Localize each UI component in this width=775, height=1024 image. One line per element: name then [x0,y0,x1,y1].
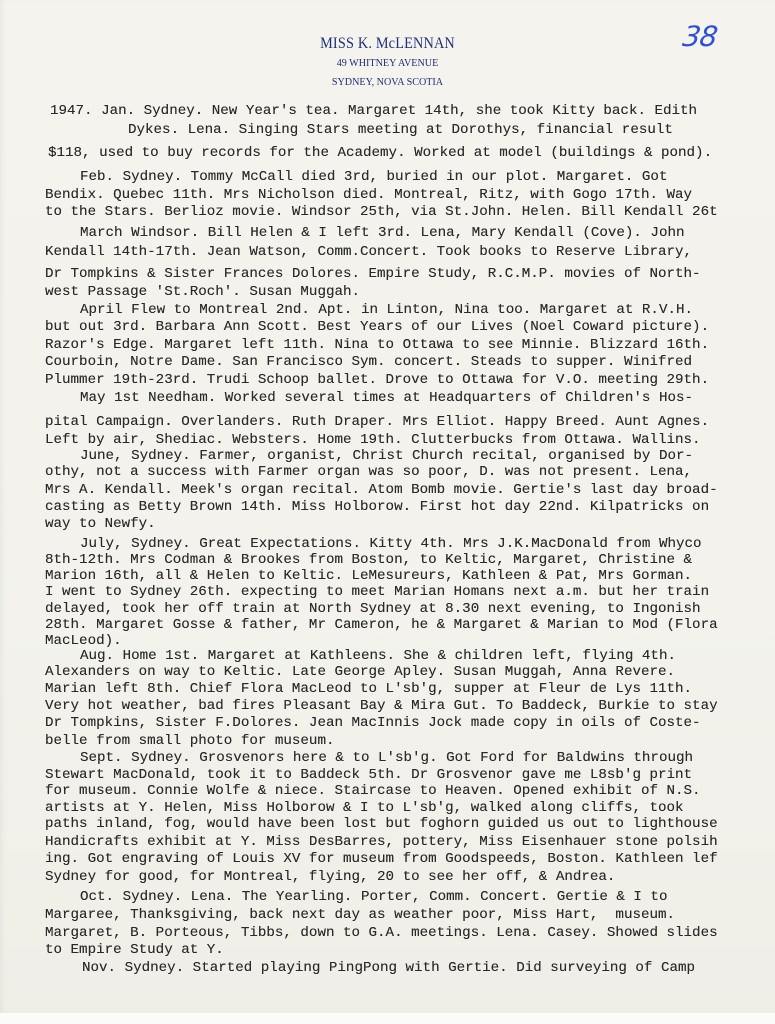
diary-line: belle from small photo for museum. [45,733,334,749]
diary-line: Sydney for good, for Montreal, flying, 2… [45,869,615,885]
diary-line: April Flew to Montreal 2nd. Apt. in Lint… [80,302,693,318]
diary-line: Alexanders on way to Keltic. Late George… [45,664,675,680]
diary-line: west Passage 'St.Roch'. Susan Muggah. [45,284,360,300]
diary-line: $118, used to buy records for the Academ… [48,145,712,161]
diary-line: Sept. Sydney. Grosvenors here & to L'sb'… [80,750,693,766]
diary-line: artists at Y. Helen, Miss Holborow & I t… [45,800,684,816]
diary-line: way to Newfy. [45,516,156,532]
diary-line: to Empire Study at Y. [45,942,224,958]
diary-line: Dr Tompkins & Sister Frances Dolores. Em… [45,266,701,282]
diary-line: Marian left 8th. Chief Flora MacLeod to … [45,681,692,697]
diary-line: 1947. Jan. Sydney. New Year's tea. Marga… [50,103,697,119]
diary-line: Aug. Home 1st. Margaret at Kathleens. Sh… [80,648,676,664]
diary-line: 8th-12th. Mrs Codman & Brookes from Bost… [45,552,692,568]
page-bottom-margin [0,1013,775,1024]
diary-line: for museum. Connie Wolfe & niece. Stairc… [45,783,701,799]
diary-line: Razor's Edge. Margaret left 11th. Nina t… [45,337,709,353]
diary-line: June, Sydney. Farmer, organist, Christ C… [80,448,693,464]
typewritten-diary-text: 1947. Jan. Sydney. New Year's tea. Marga… [0,0,775,1013]
diary-line: Mrs A. Kendall. Meek's organ recital. At… [45,482,718,498]
diary-line: but out 3rd. Barbara Ann Scott. Best Yea… [45,319,709,335]
diary-line: 28th. Margaret Gosse & father, Mr Camero… [45,617,718,633]
diary-line: Margaree, Thanksgiving, back next day as… [45,907,675,923]
diary-line: Plummer 19th-23rd. Trudi Schoop ballet. … [45,372,709,388]
diary-line: Courboin, Notre Dame. San Francisco Sym.… [45,354,692,370]
diary-line: Marion 16th, all & Helen to Keltic. LeMe… [45,568,692,584]
diary-line: Oct. Sydney. Lena. The Yearling. Porter,… [80,889,667,905]
diary-line: Kendall 14th-17th. Jean Watson, Comm.Con… [45,244,692,260]
diary-line: Bendix. Quebec 11th. Mrs Nicholson died.… [45,187,692,203]
diary-line: I went to Sydney 26th. expecting to meet… [45,584,709,600]
diary-line: Nov. Sydney. Started playing PingPong wi… [82,960,695,976]
diary-line: March Windsor. Bill Helen & I left 3rd. … [80,225,685,241]
diary-line: paths inland, fog, would have been lost … [45,816,718,832]
diary-line: delayed, took her off train at North Syd… [45,601,701,617]
diary-line: Stewart MacDonald, took it to Baddeck 5t… [45,767,692,783]
diary-line: Dr Tompkins, Sister F.Dolores. Jean MacI… [45,715,701,731]
diary-line: Margaret, B. Porteous, Tibbs, down to G.… [45,925,718,941]
diary-line: Very hot weather, bad fires Pleasant Bay… [45,698,718,714]
diary-line: pital Campaign. Overlanders. Ruth Draper… [45,414,709,430]
diary-line: July, Sydney. Great Expectations. Kitty … [80,536,702,552]
diary-line: casting as Betty Brown 14th. Miss Holbor… [45,499,709,515]
diary-line: Feb. Sydney. Tommy McCall died 3rd, buri… [80,169,667,185]
diary-line: May 1st Needham. Worked several times at… [80,390,693,406]
diary-line: Left by air, Shediac. Websters. Home 19t… [45,432,701,448]
diary-line: ing. Got engraving of Louis XV for museu… [45,851,718,867]
diary-line: Handicrafts exhibit at Y. Miss DesBarres… [45,834,718,850]
diary-line: MacLeod). [45,633,122,649]
diary-line: to the Stars. Berlioz movie. Windsor 25t… [45,204,718,220]
diary-line: othy, not a success with Farmer organ wa… [45,464,692,480]
diary-line: Dykes. Lena. Singing Stars meeting at Do… [128,122,673,138]
